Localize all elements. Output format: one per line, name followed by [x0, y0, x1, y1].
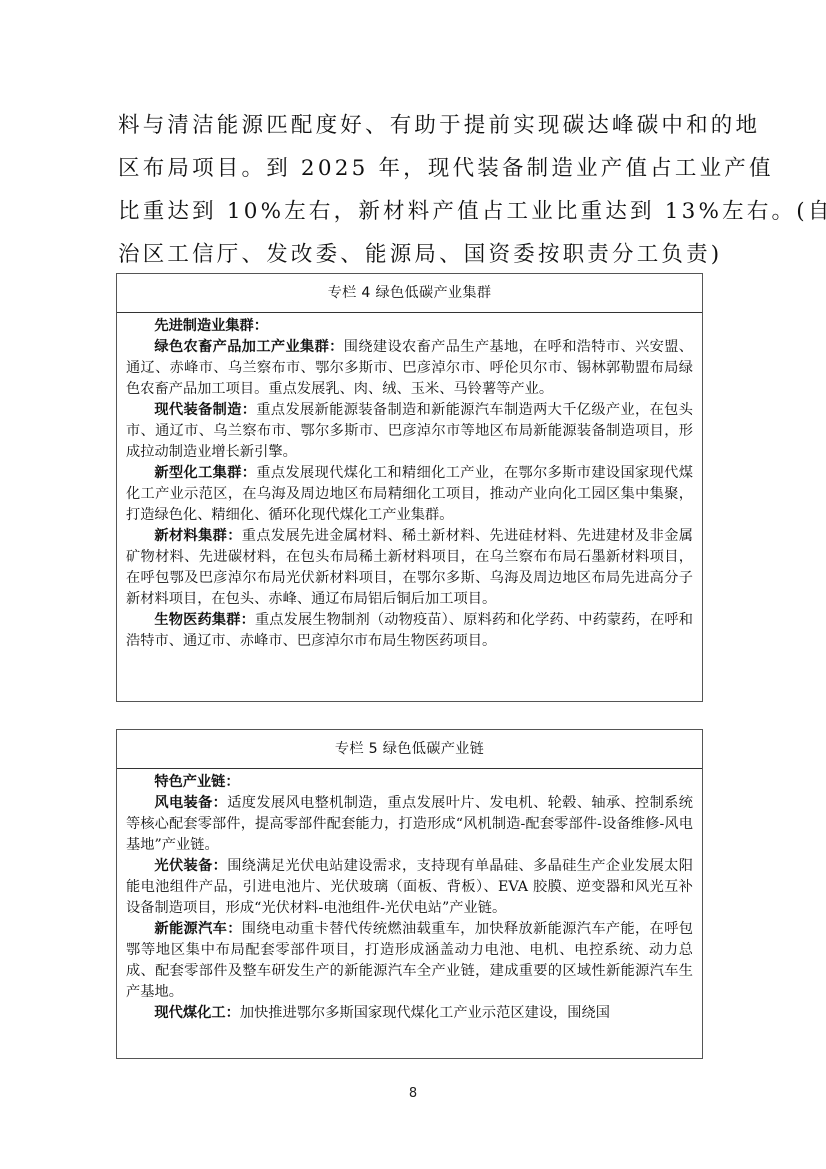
box-item: 光伏装备：围绕满足光伏电站建设需求，支持现有单晶硅、多晶硅生产企业发展太阳能电池… [126, 856, 693, 919]
document-page: 料与清洁能源匹配度好、有助于提前实现碳达峰碳中和的地 区布局项目。到 2025 … [0, 0, 826, 1169]
body-paragraph: 料与清洁能源匹配度好、有助于提前实现碳达峰碳中和的地 区布局项目。到 2025 … [118, 104, 710, 276]
box-item: 绿色农畜产品加工产业集群：围绕建设农畜产品生产基地，在呼和浩特市、兴安盟、通辽、… [126, 337, 693, 400]
item-label: 风电装备： [154, 795, 227, 811]
box-body: 特色产业链： 风电装备：适度发展风电整机制造，重点发展叶片、发电机、轮毂、轴承、… [117, 769, 702, 1028]
box-title: 专栏 4 绿色低碳产业集群 [117, 274, 702, 313]
item-label: 现代煤化工： [154, 1005, 239, 1021]
item-text: 加快推进鄂尔多斯国家现代煤化工产业示范区建设，围绕国 [240, 1005, 610, 1021]
section-heading: 特色产业链： [126, 772, 693, 793]
box-title: 专栏 5 绿色低碳产业链 [117, 730, 702, 769]
item-label: 绿色农畜产品加工产业集群： [154, 339, 343, 355]
item-label: 新材料集群： [154, 528, 241, 544]
box-item: 风电装备：适度发展风电整机制造，重点发展叶片、发电机、轮毂、轴承、控制系统等核心… [126, 793, 693, 856]
box-item: 新能源汽车：围绕电动重卡替代传统燃油载重车，加快释放新能源汽车产能，在呼包鄂等地… [126, 919, 693, 1003]
item-label: 新型化工集群： [154, 465, 256, 481]
body-line: 治区工信厅、发改委、能源局、国资委按职责分工负责) [118, 233, 710, 276]
item-label: 生物医药集群： [154, 612, 255, 628]
sidebar-box-5-green-industry-chains: 专栏 5 绿色低碳产业链 特色产业链： 风电装备：适度发展风电整机制造，重点发展… [116, 729, 703, 1059]
item-label: 光伏装备： [154, 858, 227, 874]
section-heading: 先进制造业集群： [126, 316, 693, 337]
body-line: 比重达到 10%左右，新材料产值占工业比重达到 13%左右。(自 [118, 190, 710, 233]
box-item: 生物医药集群：重点发展生物制剂（动物疫苗）、原料药和化学药、中药蒙药，在呼和浩特… [126, 610, 693, 652]
item-label: 新能源汽车： [154, 921, 241, 937]
box-body: 先进制造业集群： 绿色农畜产品加工产业集群：围绕建设农畜产品生产基地，在呼和浩特… [117, 313, 702, 656]
box-item: 现代煤化工：加快推进鄂尔多斯国家现代煤化工产业示范区建设，围绕国 [126, 1003, 693, 1024]
box-item: 新型化工集群：重点发展现代煤化工和精细化工产业，在鄂尔多斯市建设国家现代煤化工产… [126, 463, 693, 526]
body-line: 区布局项目。到 2025 年，现代装备制造业产值占工业产值 [118, 147, 710, 190]
box-item: 现代装备制造：重点发展新能源装备制造和新能源汽车制造两大千亿级产业，在包头市、通… [126, 400, 693, 463]
box-item: 新材料集群：重点发展先进金属材料、稀土新材料、先进硅材料、先进建材及非金属矿物材… [126, 526, 693, 610]
item-label: 现代装备制造： [154, 402, 256, 418]
body-line: 料与清洁能源匹配度好、有助于提前实现碳达峰碳中和的地 [118, 104, 710, 147]
page-number: 8 [0, 1086, 826, 1101]
sidebar-box-4-green-industry-clusters: 专栏 4 绿色低碳产业集群 先进制造业集群： 绿色农畜产品加工产业集群：围绕建设… [116, 273, 703, 702]
